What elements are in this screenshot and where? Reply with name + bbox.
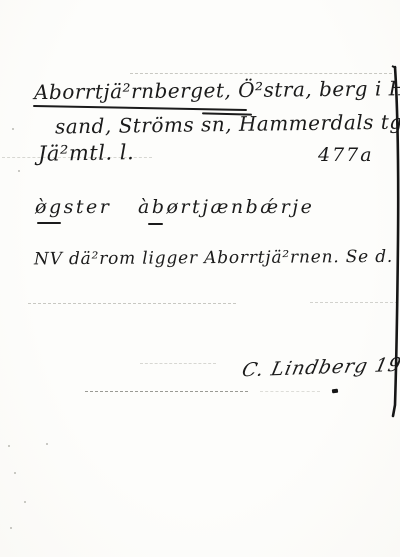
paper-speck	[46, 443, 48, 445]
card-edge-line	[0, 0, 400, 557]
paper-speck	[14, 472, 16, 474]
paper-speck	[8, 445, 10, 447]
paper-speck	[24, 501, 26, 503]
paper-speck	[12, 128, 14, 130]
archive-card: Aborrtjä²rnberget, Ö²stra, berg i Hill- …	[0, 0, 400, 557]
paper-speck	[10, 527, 12, 529]
ink-blob	[332, 389, 338, 394]
paper-speck	[18, 170, 20, 172]
